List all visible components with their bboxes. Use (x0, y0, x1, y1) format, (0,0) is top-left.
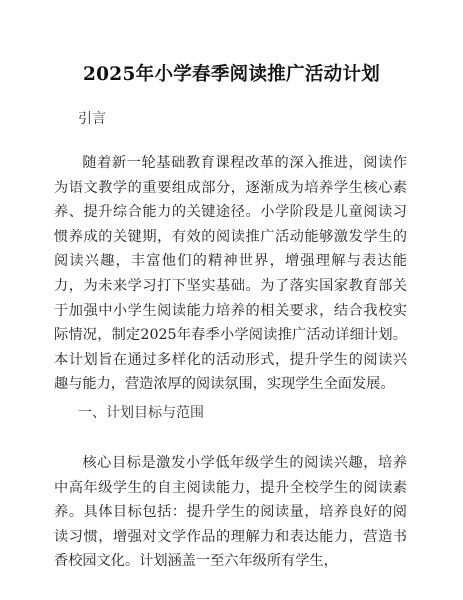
document-title: 2025年小学春季阅读推广活动计划 (0, 60, 463, 86)
goals-paragraph: 核心目标是激发小学低年级学生的阅读兴趣，培养中高年级学生的自主阅读能力，提升全校… (54, 451, 407, 574)
document-page: 2025年小学春季阅读推广活动计划 引言 随着新一轮基础教育课程改革的深入推进，… (0, 0, 463, 600)
section-heading-intro: 引言 (78, 108, 106, 128)
section-heading-goals: 一、计划目标与范围 (78, 402, 204, 422)
intro-paragraph: 随着新一轮基础教育课程改革的深入推进，阅读作为语文教学的重要组成部分，逐渐成为培… (54, 151, 407, 397)
